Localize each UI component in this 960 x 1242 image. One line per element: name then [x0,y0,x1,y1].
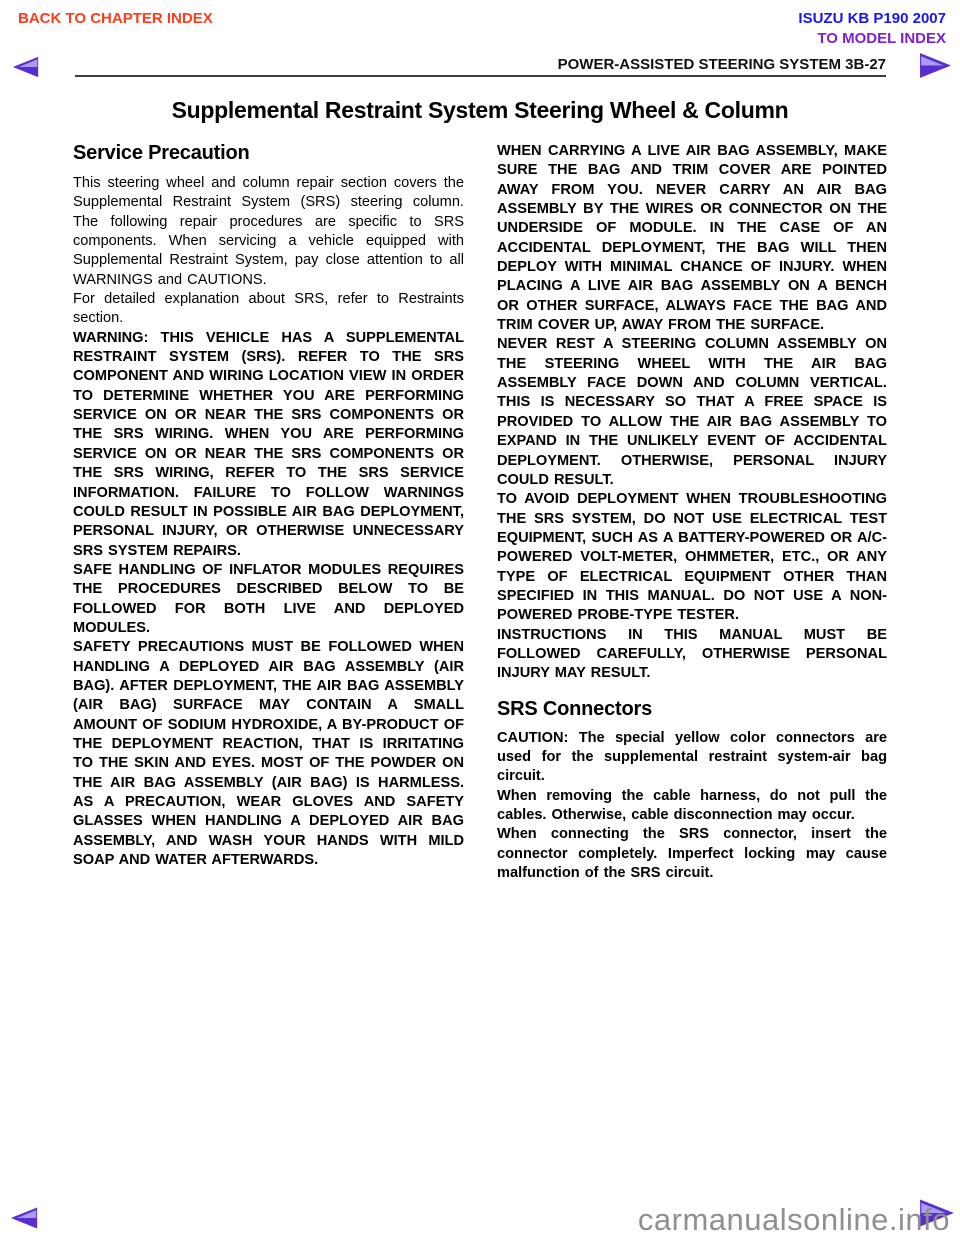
caution-paragraph: When removing the cable harness, do not … [497,787,887,826]
caution-paragraph: When connecting the SRS connector, inser… [497,825,887,883]
paragraph: This steering wheel and column repair se… [73,174,464,290]
warning-paragraph: TO AVOID DEPLOYMENT WHEN TROUBLESHOOTING… [497,490,887,625]
caution-paragraph: CAUTION: The special yellow color connec… [497,729,887,787]
manual-page: { "nav": { "back_to_chapter": "BACK TO C… [0,0,960,1242]
left-column: Service Precaution This steering wheel a… [73,142,464,870]
page-title: Supplemental Restraint System Steering W… [0,97,960,124]
prev-page-arrow-icon[interactable] [12,54,39,80]
prev-page-arrow-icon[interactable] [10,1206,38,1230]
service-precaution-heading: Service Precaution [73,142,464,165]
to-model-index-link[interactable]: TO MODEL INDEX [817,30,946,47]
back-to-chapter-link[interactable]: BACK TO CHAPTER INDEX [18,10,213,27]
model-title-link[interactable]: ISUZU KB P190 2007 [798,10,946,27]
paragraph: For detailed explanation about SRS, refe… [73,290,464,329]
warning-paragraph: INSTRUCTIONS IN THIS MANUAL MUST BE FOLL… [497,626,887,684]
warning-paragraph: SAFETY PRECAUTIONS MUST BE FOLLOWED WHEN… [73,638,464,870]
warning-paragraph: SAFE HANDLING OF INFLATOR MODULES REQUIR… [73,561,464,638]
watermark: carmanualsonline.info [638,1202,950,1238]
srs-connectors-heading: SRS Connectors [497,698,887,721]
running-header: POWER-ASSISTED STEERING SYSTEM 3B-27 [558,56,886,73]
warning-paragraph: NEVER REST A STEERING COLUMN ASSEMBLY ON… [497,335,887,490]
right-column: WHEN CARRYING A LIVE AIR BAG ASSEMBLY, M… [497,142,887,883]
next-page-arrow-icon[interactable] [919,52,952,79]
warning-paragraph: WHEN CARRYING A LIVE AIR BAG ASSEMBLY, M… [497,142,887,335]
header-divider [75,75,886,77]
warning-paragraph: WARNING: THIS VEHICLE HAS A SUPPLEMENTAL… [73,329,464,561]
